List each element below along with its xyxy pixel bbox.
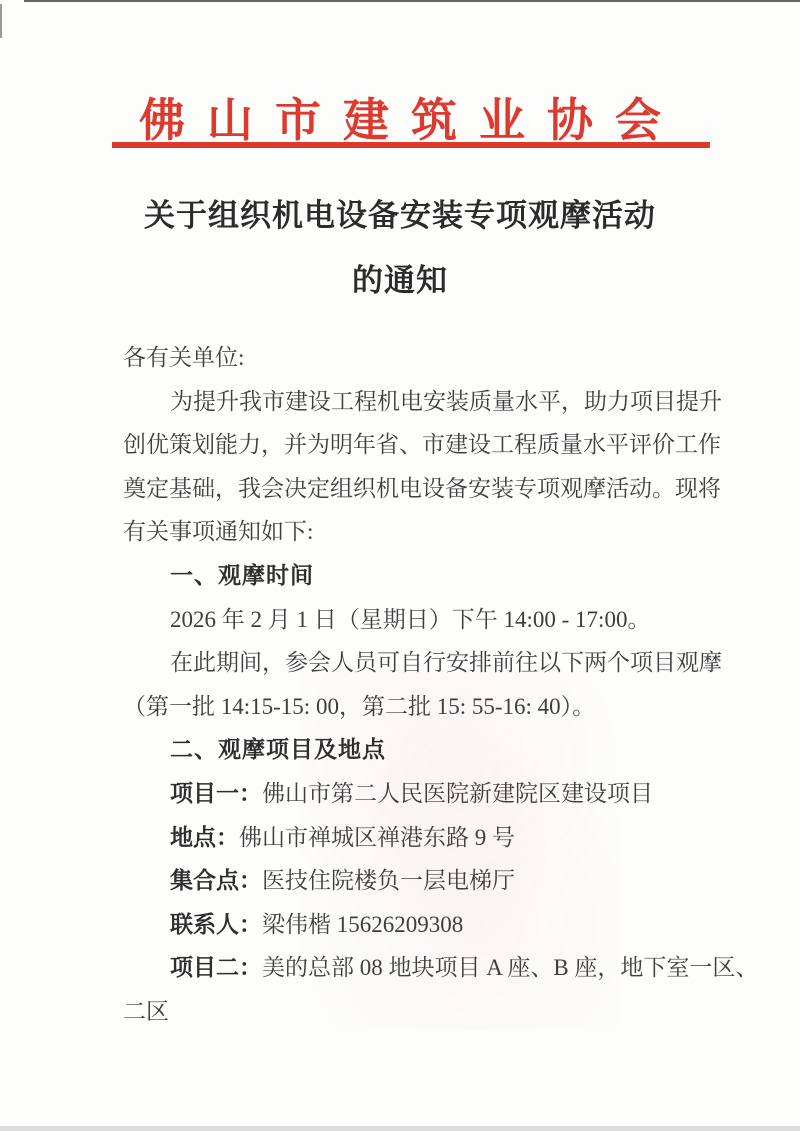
project1-line: 项目一：佛山市第二人民医院新建院区建设项目	[123, 772, 683, 816]
section1-time: 2026 年 2 月 1 日（星期日）下午 14:00 - 17:00。	[123, 598, 683, 642]
document-title: 关于组织机电设备安装专项观摩活动 的通知	[0, 183, 800, 313]
letterhead-rule	[112, 142, 710, 148]
scan-edge-bottom	[0, 1126, 800, 1131]
title-line-2: 的通知	[0, 248, 800, 313]
contact-text: 梁伟楷 15626209308	[262, 912, 463, 937]
location-text: 佛山市禅城区禅港东路 9 号	[239, 825, 515, 850]
meeting-point-label: 集合点：	[170, 867, 262, 893]
section1-heading: 一、观摩时间	[123, 554, 683, 598]
location-line: 地点：佛山市禅城区禅港东路 9 号	[123, 816, 683, 860]
intro-line-1: 为提升我市建设工程机电安装质量水平，助力项目提升	[123, 380, 683, 424]
intro-line-2: 创优策划能力，并为明年省、市建设工程质量水平评价工作	[123, 423, 683, 467]
project2-text: 美的总部 08 地块项目 A 座、B 座，地下室一区、	[262, 955, 758, 980]
title-line-1: 关于组织机电设备安装专项观摩活动	[0, 183, 800, 248]
letterhead-org-name: 佛山市建筑业协会	[0, 84, 800, 150]
project2-label: 项目二：	[170, 954, 262, 980]
intro-line-3: 奠定基础，我会决定组织机电设备安装专项观摩活动。现将	[123, 467, 683, 511]
org-name-text: 佛山市建筑业协会	[139, 84, 683, 150]
project1-label: 项目一：	[170, 780, 262, 806]
section1-detail-1: 在此期间，参会人员可自行安排前往以下两个项目观摩	[123, 641, 683, 685]
document-page: 佛山市建筑业协会 关于组织机电设备安装专项观摩活动 的通知 各有关单位: 为提升…	[0, 0, 800, 1131]
scan-edge-left	[0, 4, 2, 38]
meeting-point-line: 集合点：医技住院楼负一层电梯厅	[123, 859, 683, 903]
salutation: 各有关单位:	[123, 336, 683, 380]
scan-edge-top	[24, 0, 800, 2]
meeting-point-text: 医技住院楼负一层电梯厅	[262, 868, 515, 893]
location-label: 地点：	[170, 824, 239, 850]
section2-heading: 二、观摩项目及地点	[123, 728, 683, 772]
project2-line: 项目二：美的总部 08 地块项目 A 座、B 座，地下室一区、	[123, 946, 683, 990]
section1-detail-2: （第一批 14:15-15: 00，第二批 15: 55-16: 40）。	[123, 685, 683, 729]
project2-continuation: 二区	[123, 990, 683, 1034]
document-body: 各有关单位: 为提升我市建设工程机电安装质量水平，助力项目提升 创优策划能力，并…	[123, 336, 683, 1034]
contact-label: 联系人：	[170, 911, 262, 937]
project1-text: 佛山市第二人民医院新建院区建设项目	[262, 781, 653, 806]
contact-line: 联系人：梁伟楷 15626209308	[123, 903, 683, 947]
intro-line-4: 有关事项通知如下:	[123, 510, 683, 554]
